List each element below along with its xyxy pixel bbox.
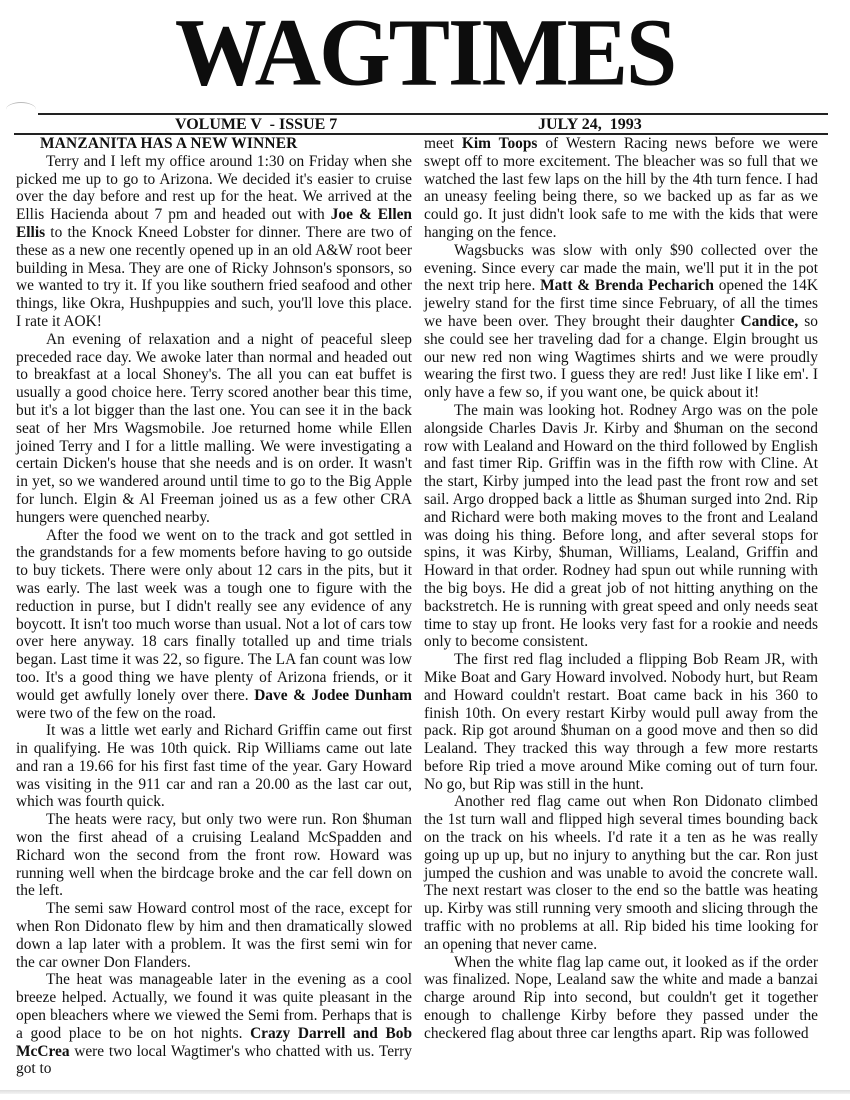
article-paragraph: Wagsbucks was slow with only $90 collect… xyxy=(424,242,818,402)
bold-name: Kim Toops xyxy=(462,135,538,152)
article-paragraph: The first red flag included a flipping B… xyxy=(424,651,818,793)
article-paragraph: The main was looking hot. Rodney Argo wa… xyxy=(424,402,818,651)
article-paragraph: meet Kim Toops of Western Racing news be… xyxy=(424,135,818,242)
bold-name: Joe & Ellen Ellis xyxy=(16,206,412,241)
column-right: meet Kim Toops of Western Racing news be… xyxy=(424,135,818,1043)
article-paragraph: The heat was manageable later in the eve… xyxy=(16,971,412,1078)
article-paragraph: The heats were racy, but only two were r… xyxy=(16,811,412,900)
bold-name: Crazy Darrell and Bob McCrea xyxy=(16,1025,412,1060)
masthead-title: WAGTIMES xyxy=(0,0,850,105)
article-paragraph: An evening of relaxation and a night of … xyxy=(16,331,412,527)
volume-issue: VOLUME V - ISSUE 7 xyxy=(175,116,337,134)
bold-name: Candice, xyxy=(740,313,798,330)
bold-name: Matt & Brenda Pecharich xyxy=(540,277,714,294)
punch-hole-mark xyxy=(6,102,36,117)
article-headline: MANZANITA HAS A NEW WINNER xyxy=(40,135,412,153)
article-paragraph: Another red flag came out when Ron Didon… xyxy=(424,793,818,953)
article-paragraph: It was a little wet early and Richard Gr… xyxy=(16,722,412,811)
article-paragraph: Terry and I left my office around 1:30 o… xyxy=(16,153,412,331)
article-paragraph: The semi saw Howard control most of the … xyxy=(16,900,412,971)
bold-name: Dave & Jodee Dunham xyxy=(254,687,412,704)
column-left-body: Terry and I left my office around 1:30 o… xyxy=(16,153,412,1078)
article-paragraph: When the white flag lap came out, it loo… xyxy=(424,954,818,1043)
issue-bar: VOLUME V - ISSUE 7 JULY 24, 1993 xyxy=(0,116,850,134)
issue-date: JULY 24, 1993 xyxy=(538,116,642,134)
column-right-body: meet Kim Toops of Western Racing news be… xyxy=(424,135,818,1043)
article-paragraph: After the food we went on to the track a… xyxy=(16,527,412,723)
column-left: MANZANITA HAS A NEW WINNER Terry and I l… xyxy=(16,135,412,1078)
header-rule-top xyxy=(38,113,828,115)
page-bottom-edge xyxy=(0,1090,850,1094)
